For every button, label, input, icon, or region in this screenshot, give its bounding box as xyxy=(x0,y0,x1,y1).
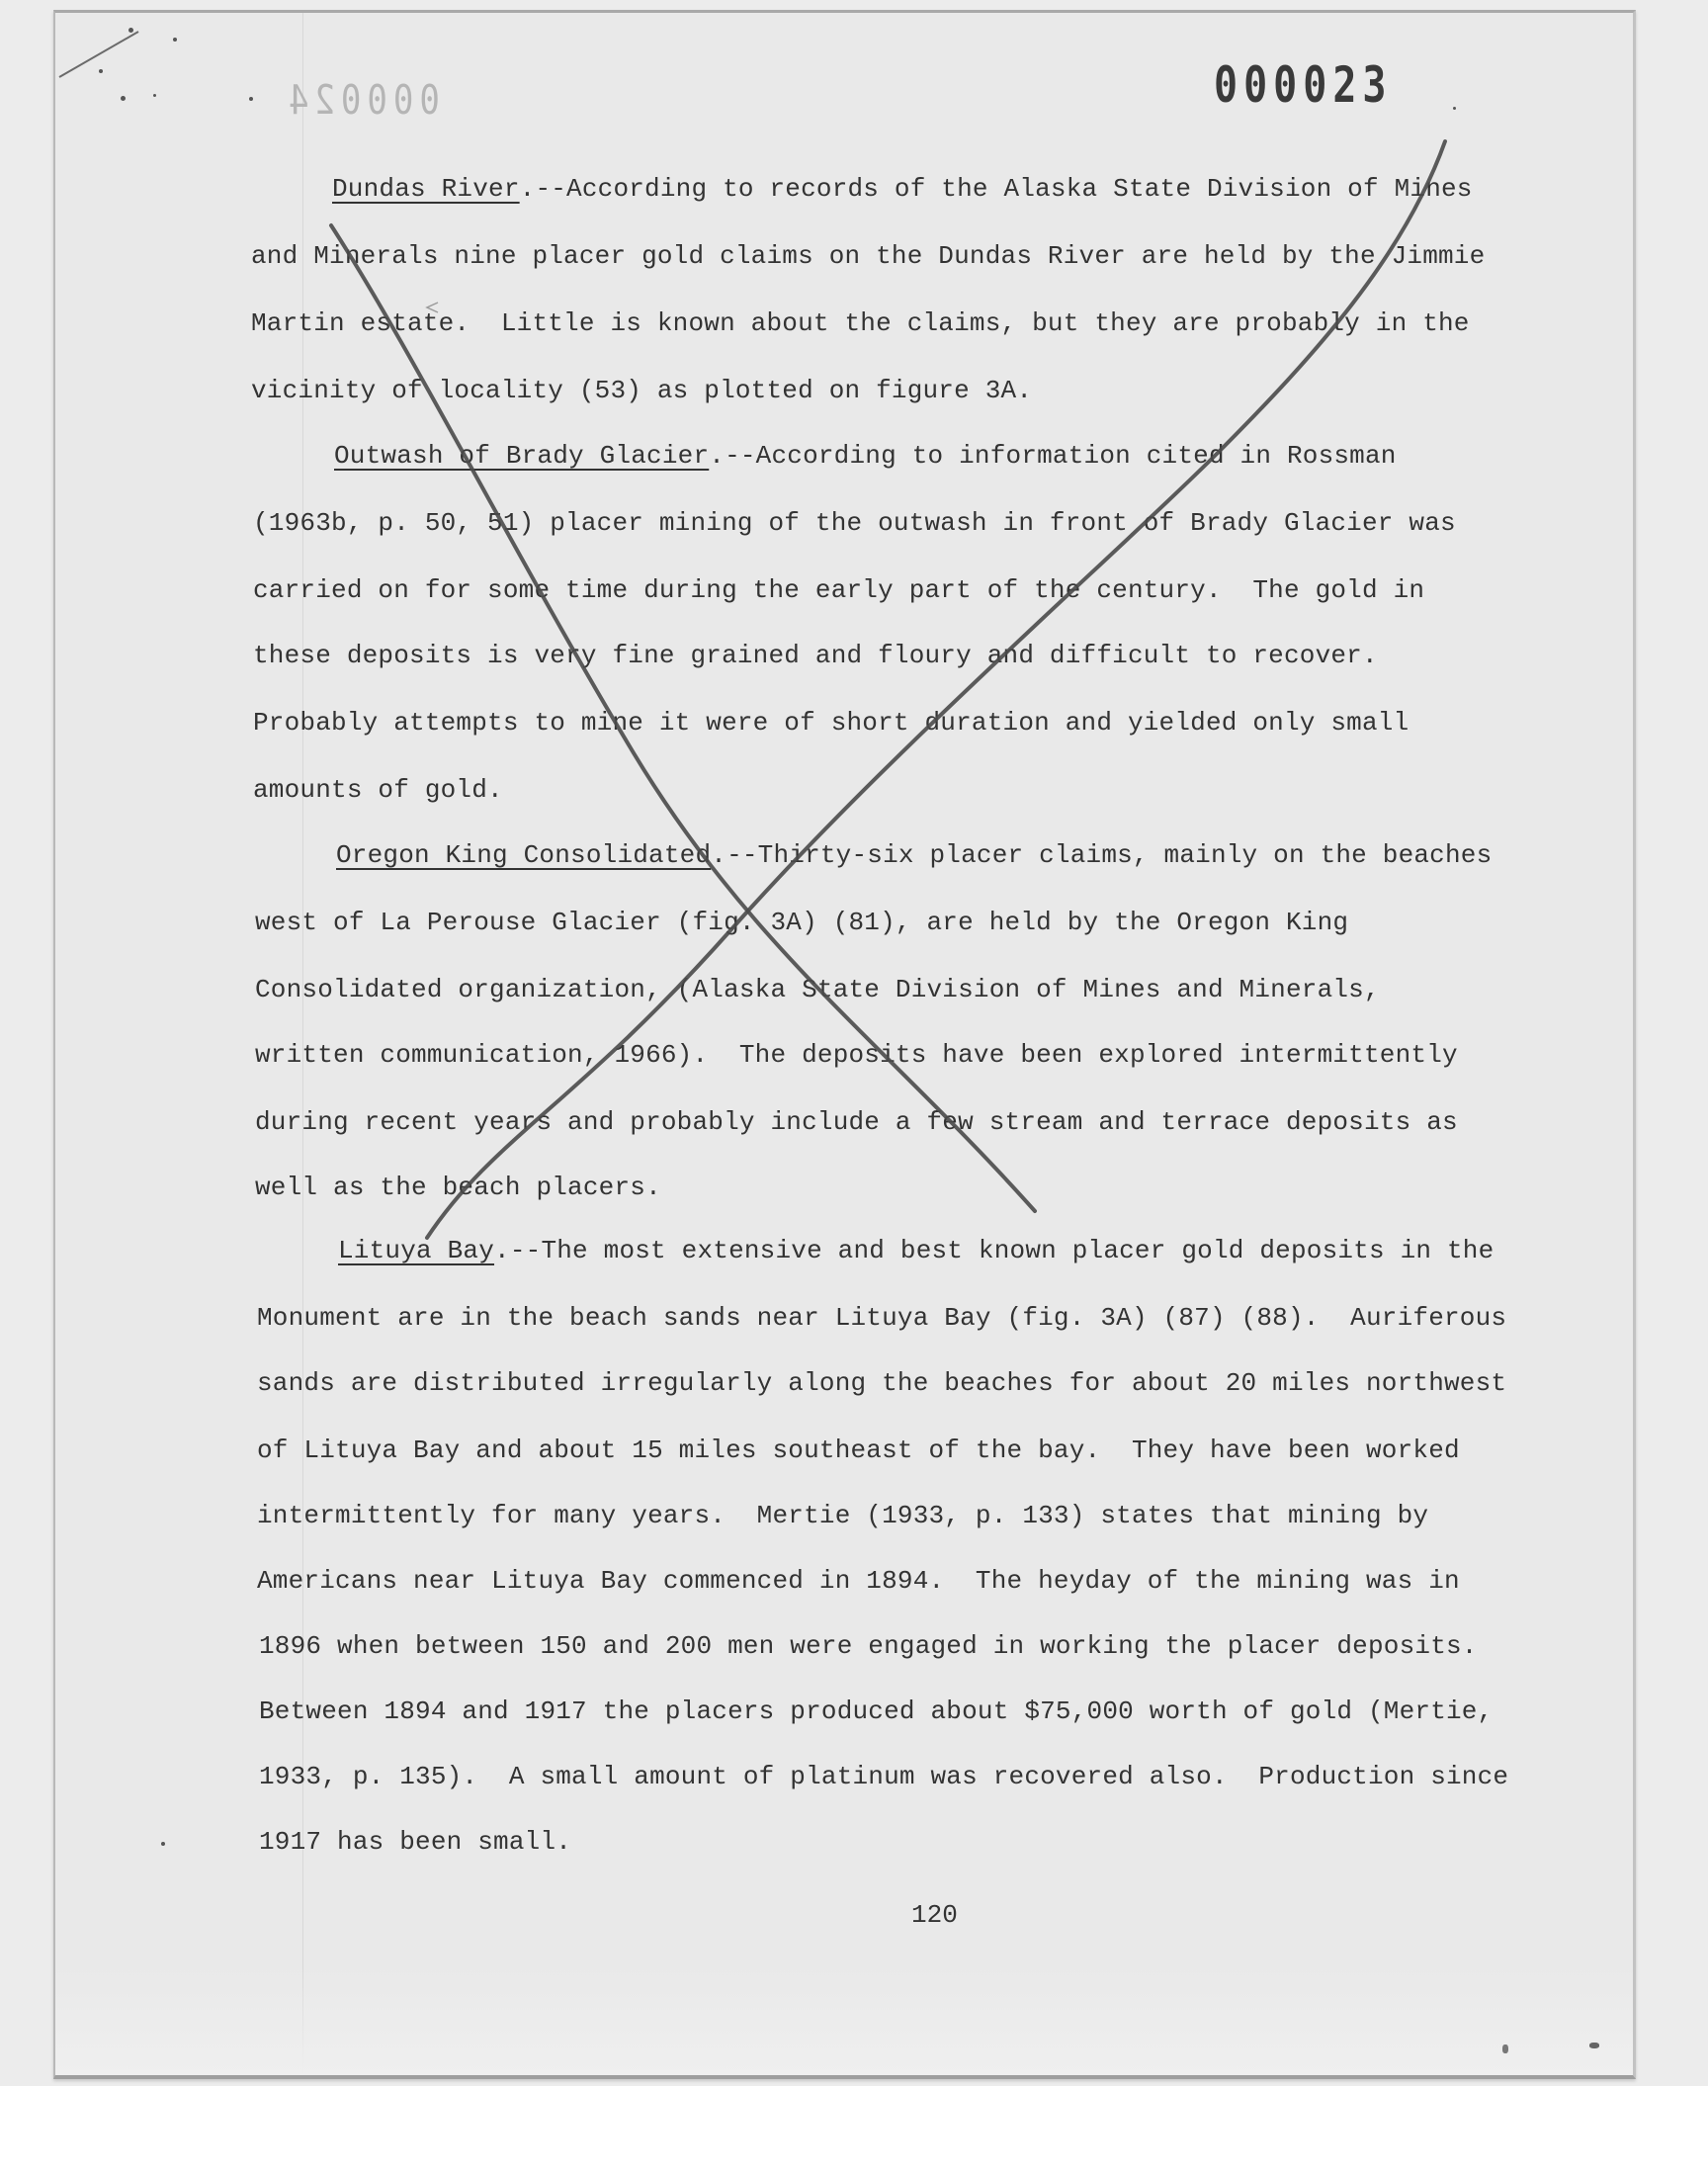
paragraph-line: (1963b, p. 50, 51) placer mining of the … xyxy=(253,508,1456,538)
paragraph-line: well as the beach placers. xyxy=(255,1173,661,1202)
paragraph-line: Probably attempts to mine it were of sho… xyxy=(253,708,1409,738)
paragraph-brady-glacier-line-1: Outwash of Brady Glacier.--According to … xyxy=(334,441,1397,471)
scan-speck xyxy=(99,69,103,73)
paragraph-oregon-king-line-1: Oregon King Consolidated.--Thirty-six pl… xyxy=(336,840,1492,870)
paragraph-line: Martin estate. Little is known about the… xyxy=(251,308,1470,338)
heading-dundas-river: Dundas River xyxy=(332,174,520,204)
heading-lituya-bay: Lituya Bay xyxy=(338,1236,494,1265)
paragraph-line: amounts of gold. xyxy=(253,775,503,805)
scan-smudge xyxy=(1589,2043,1599,2048)
scan-speck xyxy=(121,96,126,101)
paragraph-line: Monument are in the beach sands near Lit… xyxy=(257,1303,1506,1333)
paragraph-line: carried on for some time during the earl… xyxy=(253,575,1424,605)
scan-speck xyxy=(1453,107,1456,110)
paragraph-line: and Minerals nine placer gold claims on … xyxy=(251,241,1485,271)
scan-speck xyxy=(128,28,133,33)
document-body: Dundas River.--According to records of t… xyxy=(0,0,1708,2175)
paragraph-line: of Lituya Bay and about 15 miles southea… xyxy=(257,1435,1460,1465)
paragraph-lituya-bay-line-1: Lituya Bay.--The most extensive and best… xyxy=(338,1236,1494,1265)
paragraph-line: sands are distributed irregularly along … xyxy=(257,1368,1506,1398)
scan-speck xyxy=(153,94,156,97)
paragraph-line: written communication, 1966). The deposi… xyxy=(255,1040,1458,1070)
paragraph-line: Between 1894 and 1917 the placers produc… xyxy=(259,1696,1493,1726)
heading-oregon-king-consolidated: Oregon King Consolidated xyxy=(336,840,711,870)
scan-smudge xyxy=(1502,2044,1508,2053)
page-number: 120 xyxy=(911,1900,958,1930)
scan-speck xyxy=(161,1842,165,1846)
paragraph-dundas-river-line-1: Dundas River.--According to records of t… xyxy=(332,174,1473,204)
scan-speck xyxy=(249,97,253,101)
paragraph-line: 1933, p. 135). A small amount of platinu… xyxy=(259,1762,1508,1791)
scan-speck xyxy=(173,38,177,42)
paragraph-line: vicinity of locality (53) as plotted on … xyxy=(251,376,1032,405)
paragraph-line: 1917 has been small. xyxy=(259,1827,571,1857)
paragraph-line: Consolidated organization, (Alaska State… xyxy=(255,975,1380,1004)
paragraph-line: during recent years and probably include… xyxy=(255,1107,1458,1137)
paragraph-line: intermittently for many years. Mertie (1… xyxy=(257,1501,1428,1530)
paragraph-line: 1896 when between 150 and 200 men were e… xyxy=(259,1631,1478,1661)
paragraph-line: these deposits is very fine grained and … xyxy=(253,641,1378,670)
paragraph-line: west of La Perouse Glacier (fig. 3A) (81… xyxy=(255,908,1348,937)
paragraph-line: Americans near Lituya Bay commenced in 1… xyxy=(257,1566,1460,1596)
heading-outwash-of-brady-glacier: Outwash of Brady Glacier xyxy=(334,441,709,471)
